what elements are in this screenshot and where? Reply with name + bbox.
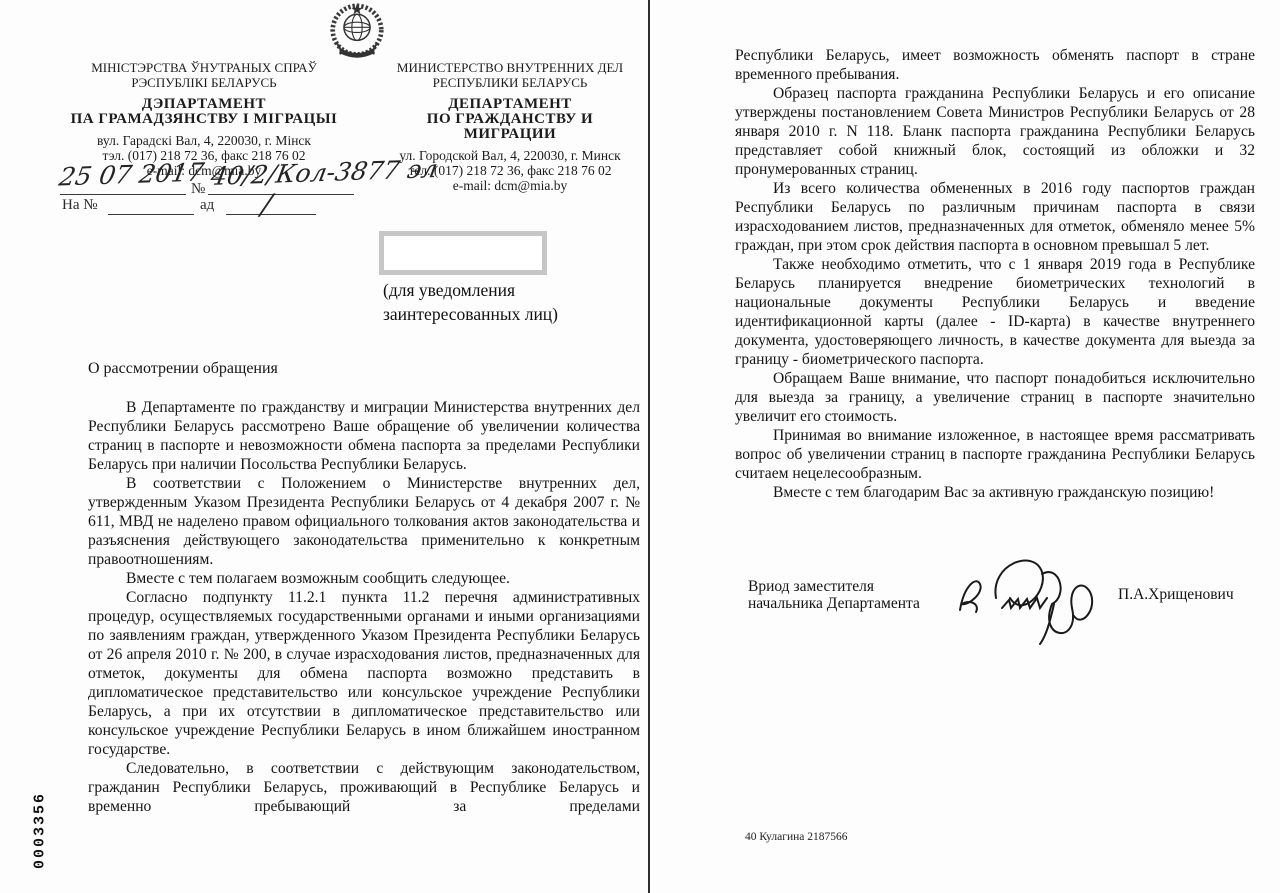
address-by: вул. Гарадскі Вал, 4, 220030, г. Мінск bbox=[58, 133, 350, 148]
page-divider bbox=[648, 0, 650, 893]
paragraph: Вместе с тем полагаем возможным сообщить… bbox=[88, 569, 640, 588]
department-name-by-2: ПА ГРАМАДЗЯНСТВУ І МІГРАЦЫІ bbox=[58, 112, 350, 127]
notice-caption: (для уведомления заинтересованных лиц) bbox=[383, 278, 558, 326]
ministry-name-ru-2: РЕСПУБЛИКИ БЕЛАРУСЬ bbox=[390, 75, 630, 90]
redacted-addressee-box bbox=[379, 231, 547, 275]
department-name-by-1: ДЭПАРТАМЕНТ bbox=[58, 97, 350, 112]
handwritten-date: 25 07 2017 bbox=[57, 158, 206, 192]
paragraph: В соответствии с Положением о Министерст… bbox=[88, 474, 640, 569]
paragraph: Образец паспорта гражданина Республики Б… bbox=[735, 84, 1255, 179]
paragraph: Вместе с тем благодарим Вас за активную … bbox=[735, 483, 1255, 502]
signer-name: П.А.Хрищенович bbox=[1118, 586, 1234, 604]
ministry-name-ru-1: МИНИСТЕРСТВО ВНУТРЕННИХ ДЕЛ bbox=[390, 60, 630, 75]
notice-caption-line1: (для уведомления bbox=[383, 278, 558, 302]
paragraph: В Департаменте по гражданству и миграции… bbox=[88, 398, 640, 474]
signature-scribble-icon bbox=[950, 552, 1115, 652]
from-label: ад bbox=[200, 197, 214, 214]
subject-line: О рассмотрении обращения bbox=[88, 360, 278, 378]
vertical-registration-number: 0003356 bbox=[32, 789, 49, 873]
signer-title-line1: Вриод заместителя bbox=[748, 578, 920, 595]
executor-note: 40 Кулагина 2187566 bbox=[745, 831, 848, 843]
date-underline bbox=[60, 194, 186, 195]
paragraph: Республики Беларусь, имеет возможность о… bbox=[735, 46, 1255, 84]
number-underline bbox=[208, 194, 354, 195]
on-number-label: На № bbox=[62, 197, 98, 214]
department-name-ru-1: ДЕПАРТАМЕНТ bbox=[390, 97, 630, 112]
paragraph: Принимая во внимание изложенное, в насто… bbox=[735, 426, 1255, 483]
paragraph: Согласно подпункту 11.2.1 пункта 11.2 пе… bbox=[88, 588, 640, 759]
paragraph: Обращаем Ваше внимание, что паспорт пона… bbox=[735, 369, 1255, 426]
number-sign: № bbox=[191, 181, 205, 198]
belarus-coat-of-arms-icon bbox=[329, 2, 385, 62]
left-page-body: В Департаменте по гражданству и миграции… bbox=[88, 398, 640, 816]
paragraph: Следовательно, в соответствии с действую… bbox=[88, 759, 640, 816]
paragraph: Из всего количества обмененных в 2016 го… bbox=[735, 179, 1255, 255]
scanned-letter: МІНІСТЭРСТВА ЎНУТРАНЫХ СПРАЎ РЭСПУБЛІКІ … bbox=[0, 0, 1280, 893]
right-page-body: Республики Беларусь, имеет возможность о… bbox=[735, 46, 1255, 502]
ministry-name-by-2: РЭСПУБЛІКІ БЕЛАРУСЬ bbox=[58, 75, 350, 90]
from-underline bbox=[226, 214, 316, 215]
department-name-ru-2: ПО ГРАЖДАНСТВУ И МИГРАЦИИ bbox=[390, 112, 630, 142]
notice-caption-line2: заинтересованных лиц) bbox=[383, 302, 558, 326]
handwritten-slash: / bbox=[259, 188, 274, 221]
ministry-name-by-1: МІНІСТЭРСТВА ЎНУТРАНЫХ СПРАЎ bbox=[58, 60, 350, 75]
signer-title-line2: начальника Департамента bbox=[748, 595, 920, 612]
signer-title: Вриод заместителя начальника Департамент… bbox=[748, 578, 920, 612]
paragraph: Также необходимо отметить, что с 1 январ… bbox=[735, 255, 1255, 369]
on-number-underline bbox=[108, 214, 194, 215]
